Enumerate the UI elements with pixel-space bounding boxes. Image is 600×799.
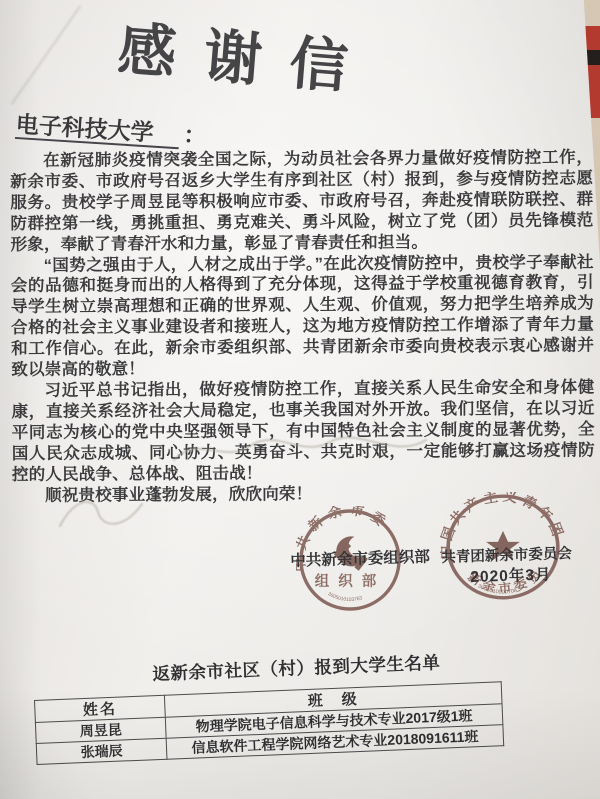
salutation: 电子科技大学：: [15, 106, 208, 151]
student-name: 张瑞辰: [36, 738, 167, 764]
seal-serial-number: 3605010103763: [327, 591, 364, 603]
salutation-colon: ：: [179, 121, 208, 149]
recipient-name: 电子科技大学: [15, 111, 180, 149]
seal-department-text: 组织部: [315, 572, 386, 590]
svg-text:3605010103763: 3605010103763: [327, 591, 364, 603]
letter-body: 在新冠肺炎疫情突袭全国之际，为动员社会各界力量做好疫情防控工作，新余市委、市政府…: [10, 147, 595, 506]
paragraph-3: 习近平总书记指出，做好疫情防控工作，直接关系人民生命安全和身体健康，直接关系经济…: [11, 377, 595, 485]
signature-org-left: 中共新余市委组织部: [290, 545, 430, 571]
letter-paper: 感谢信 电子科技大学： 在新冠肺炎疫情突袭全国之际，为动员社会各界力量做好疫情防…: [0, 0, 600, 799]
paragraph-1: 在新冠肺炎疫情突袭全国之际，为动员社会各界力量做好疫情防控工作，新余市委、市政府…: [10, 147, 594, 255]
signature-date: 2020年3月: [470, 562, 552, 587]
roster-table: 姓名 班 级 周昱昆 物理学院电子信息科学与技术专业2017级1班 张瑞辰 信息…: [34, 681, 504, 765]
paper-crease: [11, 5, 81, 104]
letter-title: 感谢信: [115, 2, 379, 106]
photo-of-letter: 感谢信 电子科技大学： 在新冠肺炎疫情突袭全国之际，为动员社会各界力量做好疫情防…: [0, 0, 600, 799]
roster-title: 返新余市社区（村）报到大学生名单: [152, 649, 441, 686]
paragraph-2: “国势之强由于人，人材之成出于学。”在此次疫情防控中，贵校学子奉献社会的品德和挺…: [11, 252, 595, 381]
